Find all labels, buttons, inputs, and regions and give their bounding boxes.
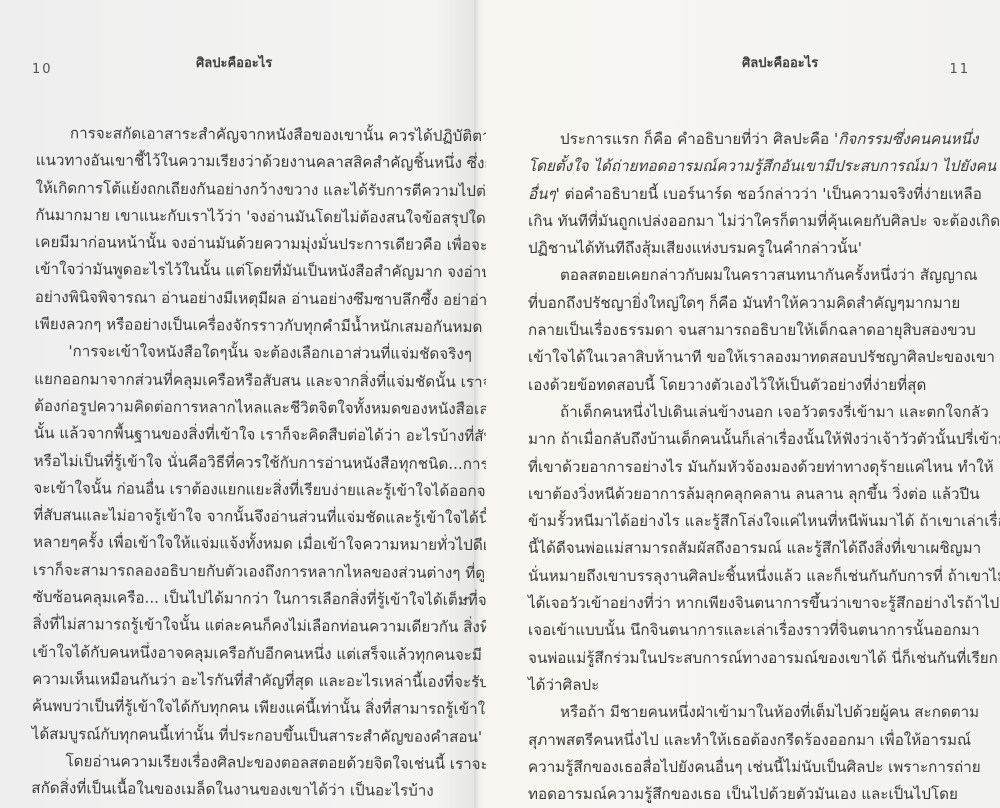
text-run: ที่บอกถึงปรัชญายิ่งใหญ่ใดๆ ก็คือ มันทำให… bbox=[528, 294, 960, 312]
text-run: เขาต้องวิ่งหนีด้วยอาการล้มลุกคลุกคลาน ลน… bbox=[528, 485, 980, 503]
text-line: สกัดสิ่งที่เป็นเนื้อในของเมล็ดในงานของเข… bbox=[31, 775, 441, 805]
text-run: กลายเป็นเรื่องธรรมดา จนสามารถอธิบายให้เด… bbox=[528, 321, 976, 339]
text-line: เพียงลวกๆ หรืออย่างเป็นเครื่องจักรราวกับ… bbox=[34, 311, 444, 341]
text-line: แยกออกมาจากส่วนที่คลุมเครือหรือสับสน และ… bbox=[34, 366, 444, 396]
text-line: สุภาพสตรีคนหนึ่งไป และทำให้เธอต้องกรีดร้… bbox=[528, 727, 958, 754]
running-head: ศิลปะคืออะไร bbox=[196, 52, 272, 73]
text-line: โดยตั้งใจ ได้ถ่ายทอดอารมณ์ความรู้สึกอันเ… bbox=[528, 153, 958, 180]
text-line: จนพ่อแม่รู้สึกร่วมในประสบการณ์ทางอารมณ์ข… bbox=[528, 645, 958, 672]
text-line: หลายๆครั้ง เพื่อเข้าใจให้แจ่มแจ้งทั้งหมด… bbox=[33, 529, 443, 559]
text-line: ตอลสตอยเคยกล่าวกับผมในคราวสนทนากันครั้งห… bbox=[528, 262, 958, 289]
text-line: เข้าใจได้ในเวลาสิบห้านาที ขอให้เราลองมาท… bbox=[528, 344, 958, 371]
text-line: มาก ถ้าเมื่อกลับถึงบ้านเด็กคนนั้นก็เล่าเ… bbox=[528, 426, 958, 453]
text-run: นั่นหมายถึงเขาบรรลุงานศิลปะชิ้นหนึ่งแล้ว… bbox=[528, 567, 1000, 585]
text-run: เกิน ทันทีที่มันถูกเปล่งออกมา ไม่ว่าใครก… bbox=[528, 212, 1000, 230]
text-line: ซับซ้อนคลุมเครือ... เป็นไปได้มากว่า ในกา… bbox=[33, 584, 443, 614]
text-line: นั่นหมายถึงเขาบรรลุงานศิลปะชิ้นหนึ่งแล้ว… bbox=[528, 563, 958, 590]
text-line: ความรู้สึกของเธอสื่อไปยังคนอื่นๆ เช่นนี้… bbox=[528, 754, 958, 781]
text-line: เกิน ทันทีที่มันถูกเปล่งออกมา ไม่ว่าใครก… bbox=[528, 208, 958, 235]
text-run: ตอลสตอยเคยกล่าวกับผมในคราวสนทนากันครั้งห… bbox=[560, 266, 978, 284]
quoted-text: 'กิจกรรมซึ่งคนคนหนึ่ง bbox=[834, 130, 978, 148]
text-line: เขาต้องวิ่งหนีด้วยอาการล้มลุกคลุกคลาน ลน… bbox=[528, 481, 958, 508]
body-text: ประการแรก ก็คือ คำอธิบายที่ว่า ศิลปะคือ … bbox=[528, 126, 958, 808]
text-line: ถ้าเด็กคนหนึ่งไปเดินเล่นข้างนอก เจอวัวตร… bbox=[528, 399, 958, 426]
text-run: สุภาพสตรีคนหนึ่งไป และทำให้เธอต้องกรีดร้… bbox=[528, 731, 971, 749]
text-line: นั้น แล้วจากพื้นฐานของสิ่งที่เข้าใจ เราก… bbox=[34, 420, 444, 450]
text-line: ได้สมบูรณ์กับทุกคนนี้เท่านั้น ที่ประกอบข… bbox=[32, 721, 442, 751]
text-line: ข้ามรั้วหนีมาได้อย่างไร และรู้สึกโล่งใจแ… bbox=[528, 508, 958, 535]
text-run: เองด้วยข้อทดสอบนี้ โดยวางตัวเองไว้ให้เป็… bbox=[528, 376, 926, 394]
text-line: ค้นพบว่าเป็นที่รู้เข้าใจได้กับทุกคน เพีย… bbox=[32, 693, 442, 723]
text-line: โดยอ่านความเรียงเรื่องศิลปะของตอลสตอยด้ว… bbox=[31, 748, 441, 778]
text-line: ปฏิชานได้ทันทีถึงสุ้มเสียงแห่งบรมครูในคำ… bbox=[528, 235, 958, 262]
text-run: ที่เขาด้วยอาการอย่างไร มันก้มหัวจ้องมองด… bbox=[528, 458, 994, 476]
text-line: ประการแรก ก็คือ คำอธิบายที่ว่า ศิลปะคือ … bbox=[528, 126, 958, 153]
text-run: เข้าใจได้ในเวลาสิบห้านาที ขอให้เราลองมาท… bbox=[528, 348, 995, 366]
text-line: หรือไม่เป็นที่รู้เข้าใจ นั่นคือวิธีที่คว… bbox=[34, 448, 444, 478]
text-line: ความเห็นเหมือนกันว่า อะไรกันที่สำคัญที่ส… bbox=[32, 666, 442, 696]
text-line: ต้องก่อรูปความคิดต่อการหลากไหลและชีวิตจิ… bbox=[34, 393, 444, 423]
text-line: ได้เจอวัวเข้าอย่างที่ว่า หากเพียงจินตนาก… bbox=[528, 590, 958, 617]
text-line: ทอดอารมณ์ความรู้สึกของเธอ เป็นไปด้วยตัวม… bbox=[528, 781, 958, 808]
text-line: ให้เกิดการโต้แย้งถกเถียงกันอย่างกว้างขวา… bbox=[35, 175, 445, 205]
text-run: จนพ่อแม่รู้สึกร่วมในประสบการณ์ทางอารมณ์ข… bbox=[528, 649, 998, 667]
running-head: ศิลปะคืออะไร bbox=[742, 52, 818, 73]
text-run: นี้ได้ดีจนพ่อแม่สามารถสัมผัสถึงอารมณ์ แล… bbox=[528, 539, 981, 557]
text-run: ต่อคำอธิบายนี้ เบอร์นาร์ด ชอว์กล่าวว่า '… bbox=[560, 185, 982, 203]
text-line: ที่เขาด้วยอาการอย่างไร มันก้มหัวจ้องมองด… bbox=[528, 454, 958, 481]
text-line: 'การจะเข้าใจหนังสือใดๆนั้น จะต้องเลือกเอ… bbox=[34, 338, 444, 368]
text-run: ปฏิชานได้ทันทีถึงสุ้มเสียงแห่งบรมครูในคำ… bbox=[528, 239, 862, 257]
text-line: หรือถ้า มีชายคนหนึ่งฝ่าเข้ามาในห้องที่เต… bbox=[528, 699, 958, 726]
text-line: เข้าใจว่ามันพูดอะไรไว้ในนั้น แต่โดยที่มั… bbox=[35, 256, 445, 286]
quoted-text: โดยตั้งใจ ได้ถ่ายทอดอารมณ์ความรู้สึกอันเ… bbox=[528, 157, 996, 175]
text-run: เจอเข้าแบบนั้น นึกจินตนาการและเล่าเรื่อง… bbox=[528, 621, 980, 639]
page-number: 11 bbox=[949, 62, 970, 77]
right-page: ศิลปะคืออะไร 11 ประการแรก ก็คือ คำอธิบาย… bbox=[486, 0, 1000, 808]
text-line: การจะสกัดเอาสาระสำคัญจากหนังสือของเขานั้… bbox=[36, 120, 446, 150]
text-line: เคยมีมาก่อนหน้านั้น จงอ่านมันด้วยความมุ่… bbox=[35, 229, 445, 259]
text-run: ถ้าเด็กคนหนึ่งไปเดินเล่นข้างนอก เจอวัวตร… bbox=[560, 403, 989, 421]
text-line: เข้าใจได้กับคนหนึ่งอาจคลุมเครือกับอีกคนห… bbox=[32, 639, 442, 669]
left-page: 10 ศิลปะคืออะไร การจะสกัดเอาสาระสำคัญจาก… bbox=[0, 0, 474, 808]
text-run: ทอดอารมณ์ความรู้สึกของเธอ เป็นไปด้วยตัวม… bbox=[528, 785, 958, 803]
text-line: นี้ได้ดีจนพ่อแม่สามารถสัมผัสถึงอารมณ์ แล… bbox=[528, 535, 958, 562]
text-run: ได้เจอวัวเข้าอย่างที่ว่า หากเพียงจินตนาก… bbox=[528, 594, 999, 612]
text-line: สิ่งที่ไม่สามารถรู้เข้าใจนั้น แต่ละคนก็ค… bbox=[32, 611, 442, 641]
text-line: เองด้วยข้อทดสอบนี้ โดยวางตัวเองไว้ให้เป็… bbox=[528, 372, 958, 399]
book-spread: 10 ศิลปะคืออะไร การจะสกัดเอาสาระสำคัญจาก… bbox=[0, 0, 1000, 808]
text-run: มาก ถ้าเมื่อกลับถึงบ้านเด็กคนนั้นก็เล่าเ… bbox=[528, 430, 1000, 448]
text-line: ที่สับสนและไม่อาจรู้เข้าใจ จากนั้นจึงอ่า… bbox=[33, 502, 443, 532]
text-run: หรือถ้า มีชายคนหนึ่งฝ่าเข้ามาในห้องที่เต… bbox=[560, 703, 979, 721]
text-line: ที่บอกถึงปรัชญายิ่งใหญ่ใดๆ ก็คือ มันทำให… bbox=[528, 290, 958, 317]
text-line: แนวทางอันเขาชี้ไว้ในความเรียงว่าด้วยงานค… bbox=[36, 147, 446, 177]
quoted-text: อื่นๆ' bbox=[528, 185, 560, 203]
text-run: ประการแรก ก็คือ คำอธิบายที่ว่า ศิลปะคือ bbox=[560, 130, 834, 148]
text-run: ข้ามรั้วหนีมาได้อย่างไร และรู้สึกโล่งใจแ… bbox=[528, 512, 1000, 530]
text-run: ได้ว่าศิลปะ bbox=[528, 676, 599, 694]
text-line: ได้ว่าศิลปะ bbox=[528, 672, 958, 699]
text-line: อย่างพินิจพิจารณา อ่านอย่างมีเหตุมีผล อ่… bbox=[35, 284, 445, 314]
text-line: อื่นๆ' ต่อคำอธิบายนี้ เบอร์นาร์ด ชอว์กล่… bbox=[528, 181, 958, 208]
page-number: 10 bbox=[32, 62, 53, 77]
text-line: จะเข้าใจนั้น ก่อนอื่น เราต้องแยกแยะสิ่งท… bbox=[33, 475, 443, 505]
body-text: การจะสกัดเอาสาระสำคัญจากหนังสือของเขานั้… bbox=[31, 120, 446, 805]
text-run: ความรู้สึกของเธอสื่อไปยังคนอื่นๆ เช่นนี้… bbox=[528, 758, 981, 776]
text-line: เราก็จะสามารถลองอธิบายกับตัวเองถึงการหลา… bbox=[33, 557, 443, 587]
text-line: กันมากมาย เขาแนะกับเราไว้ว่า 'จงอ่านมันโ… bbox=[35, 202, 445, 232]
text-line: กลายเป็นเรื่องธรรมดา จนสามารถอธิบายให้เด… bbox=[528, 317, 958, 344]
text-line: เจอเข้าแบบนั้น นึกจินตนาการและเล่าเรื่อง… bbox=[528, 617, 958, 644]
